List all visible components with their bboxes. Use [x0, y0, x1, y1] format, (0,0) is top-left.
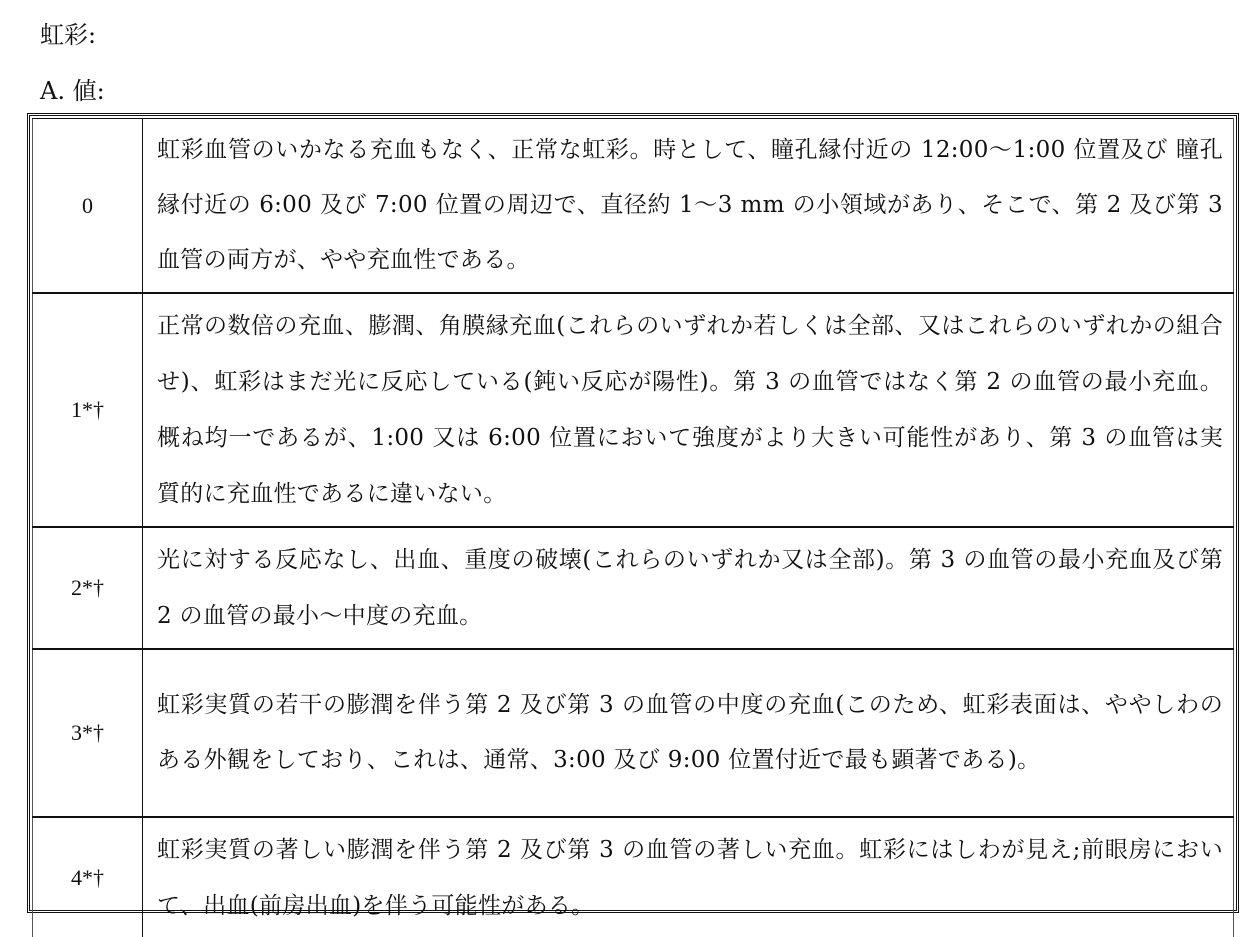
score-cell: 2*†	[33, 527, 143, 649]
grading-table-frame: 0 虹彩血管のいかなる充血もなく、正常な虹彩。時として、瞳孔縁付近の 12:00…	[27, 113, 1239, 913]
description-cell: 虹彩実質の若干の膨潤を伴う第 2 及び第 3 の血管の中度の充血(このため、虹彩…	[143, 649, 1234, 817]
section-title: 虹彩:	[40, 20, 96, 50]
description-cell: 光に対する反応なし、出血、重度の破壊(これらのいずれか又は全部)。第 3 の血管…	[143, 527, 1234, 649]
table-row: 3*† 虹彩実質の若干の膨潤を伴う第 2 及び第 3 の血管の中度の充血(このた…	[33, 649, 1234, 817]
description-cell: 正常の数倍の充血、膨潤、角膜縁充血(これらのいずれか若しくは全部、又はこれらのい…	[143, 293, 1234, 527]
score-cell: 4*†	[33, 817, 143, 937]
grading-table: 0 虹彩血管のいかなる充血もなく、正常な虹彩。時として、瞳孔縁付近の 12:00…	[32, 118, 1234, 937]
table-row: 0 虹彩血管のいかなる充血もなく、正常な虹彩。時として、瞳孔縁付近の 12:00…	[33, 119, 1234, 294]
score-cell: 0	[33, 119, 143, 294]
score-cell: 1*†	[33, 293, 143, 527]
table-row: 2*† 光に対する反応なし、出血、重度の破壊(これらのいずれか又は全部)。第 3…	[33, 527, 1234, 649]
description-cell: 虹彩実質の著しい膨潤を伴う第 2 及び第 3 の血管の著しい充血。虹彩にはしわが…	[143, 817, 1234, 937]
table-row: 1*† 正常の数倍の充血、膨潤、角膜縁充血(これらのいずれか若しくは全部、又はこ…	[33, 293, 1234, 527]
description-cell: 虹彩血管のいかなる充血もなく、正常な虹彩。時として、瞳孔縁付近の 12:00〜1…	[143, 119, 1234, 294]
table-row: 4*† 虹彩実質の著しい膨潤を伴う第 2 及び第 3 の血管の著しい充血。虹彩に…	[33, 817, 1234, 937]
score-cell: 3*†	[33, 649, 143, 817]
section-subtitle: A. 値:	[40, 76, 105, 106]
